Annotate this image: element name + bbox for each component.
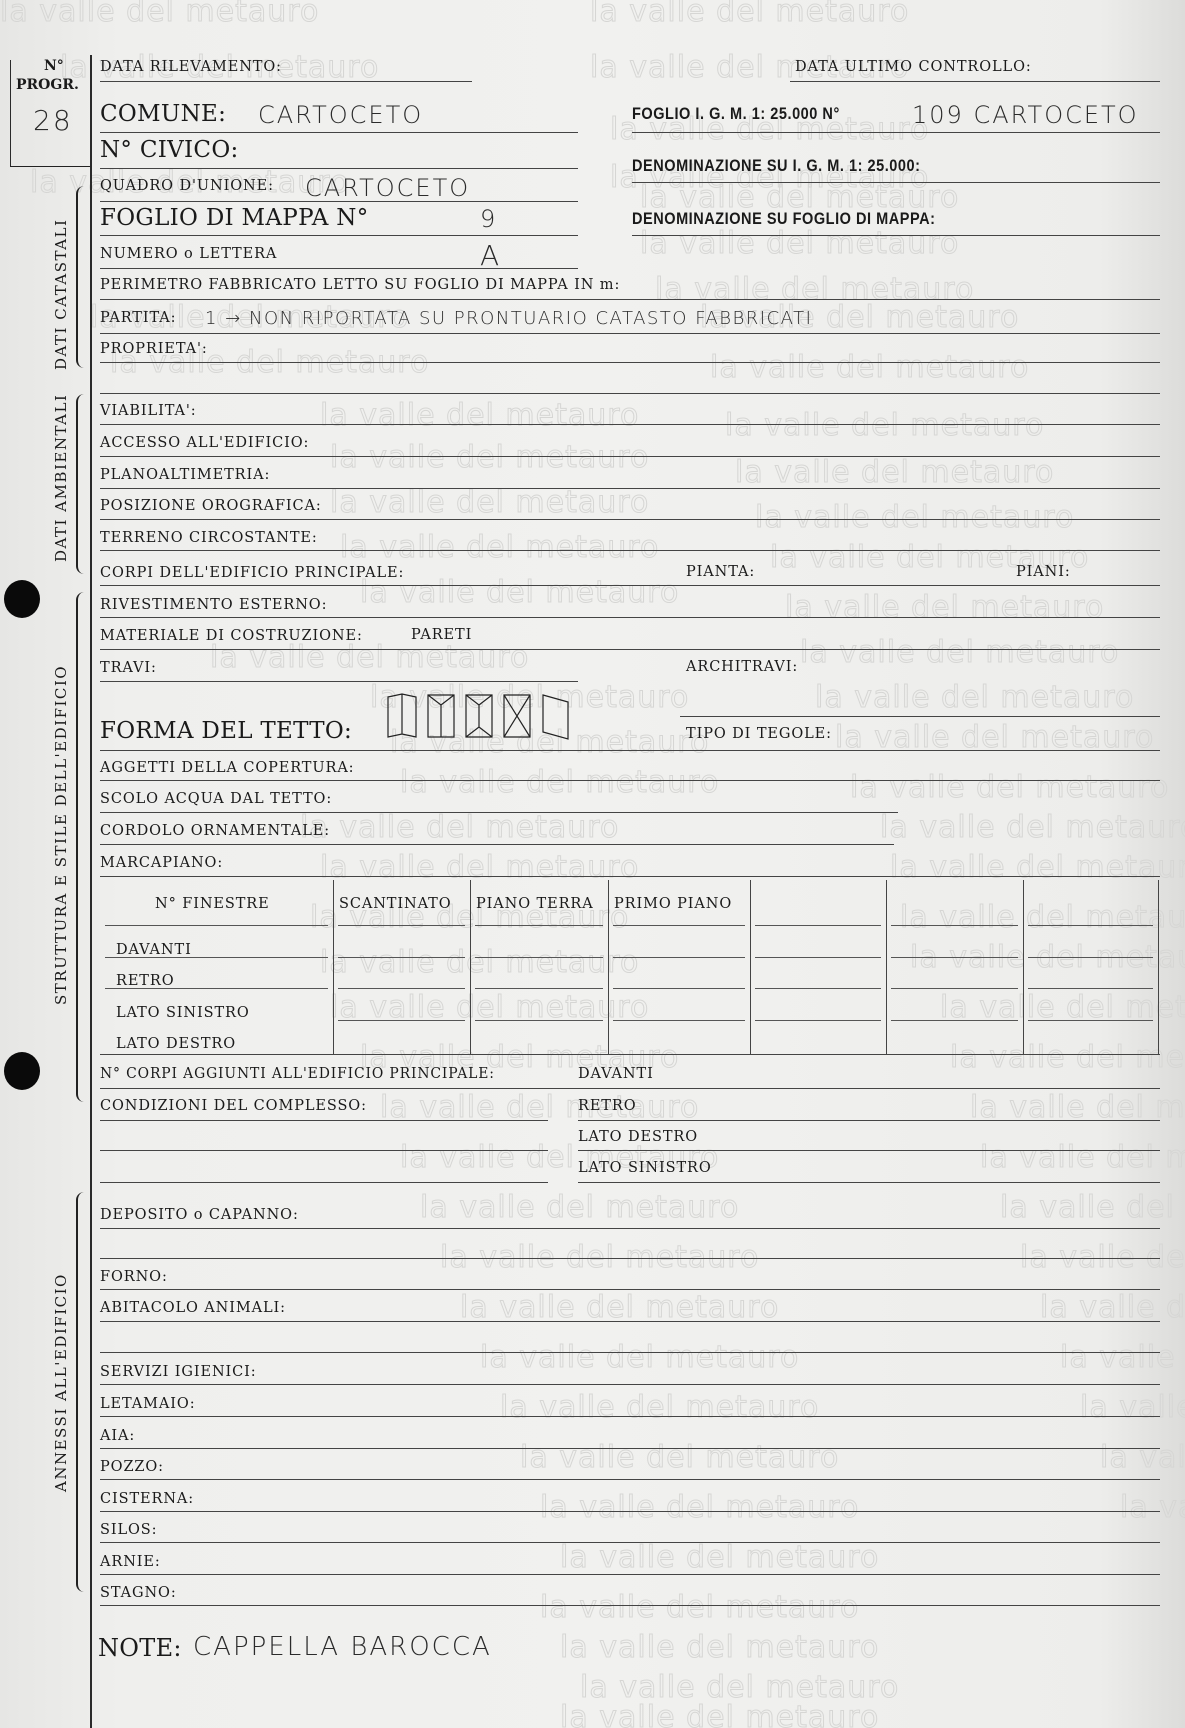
perimetro-field[interactable] (100, 299, 1160, 300)
foglio-mappa-label: FOGLIO DI MAPPA N° (100, 205, 369, 231)
shed-roof-icon[interactable] (543, 695, 568, 739)
watermark-text: la valle del metauro (900, 900, 1185, 935)
corpi-retro-field[interactable] (578, 1120, 1160, 1121)
architravi-field[interactable] (680, 716, 1160, 717)
civico-label: N° CIVICO: (100, 137, 239, 163)
silos-field[interactable] (100, 1542, 1160, 1543)
watermark-text: la valle del metauro (560, 1630, 879, 1665)
watermark-text: la valle del metauro (520, 1440, 839, 1475)
section-label-struttura: STRUTTURA E STILE DELL'EDIFICIO (52, 665, 70, 1005)
table-cell-field[interactable] (891, 988, 1018, 989)
table-column-divider (333, 880, 334, 1054)
pozzo-field[interactable] (100, 1479, 1160, 1480)
foglio-igm-label: FOGLIO I. G. M. 1: 25.000 N° (632, 105, 840, 124)
watermark-text: la valle del metauro (800, 635, 1119, 670)
table-cell-field[interactable] (755, 957, 881, 958)
progr-box-left (10, 60, 11, 167)
viabilita-label: VIABILITA': (100, 403, 197, 419)
watermark-text: la valle del metauro (755, 500, 1074, 535)
watermark-text: la valle del metauro (210, 640, 529, 675)
watermark-text: la valle del metauro (330, 440, 649, 475)
watermark-text: la valle del metauro (1120, 1490, 1185, 1525)
forma-tetto-field (100, 750, 1160, 751)
watermark-text: la valle del metauro (340, 530, 659, 565)
form-sheet: la valle del metaurola valle del metauro… (0, 0, 1185, 1728)
scolo-field[interactable] (100, 812, 898, 813)
note-label: NOTE: (98, 1634, 182, 1662)
watermark-text: la valle del metauro (360, 575, 679, 610)
brace-ambientali (76, 394, 86, 574)
data-rilevamento-field[interactable] (100, 81, 472, 82)
watermark-text: la valle del metauro (330, 485, 649, 520)
data-ultimo-controllo-label: DATA ULTIMO CONTROLLO: (795, 59, 1032, 75)
table-cell-field[interactable] (755, 1020, 881, 1021)
materiale-label: MATERIALE DI COSTRUZIONE: (100, 628, 363, 644)
letamaio-field[interactable] (100, 1416, 1160, 1417)
table-column-header: PRIMO PIANO (614, 896, 732, 912)
watermark-text: la valle del metauro (320, 850, 639, 885)
watermark-text: la valle del metauro (880, 810, 1185, 845)
table-cell-field[interactable] (613, 957, 745, 958)
corpi-lato-sinistro-label: LATO SINISTRO (578, 1160, 712, 1176)
marcapiano-label: MARCAPIANO: (100, 855, 223, 871)
partita-field (100, 333, 1160, 334)
foglio-mappa-value[interactable]: 9 (480, 205, 497, 233)
table-cell-field[interactable] (613, 1020, 745, 1021)
table-column-divider (750, 880, 751, 1054)
accesso-field[interactable] (100, 456, 1160, 457)
section-label-annessi: ANNESSI ALL'EDIFICIO (52, 1273, 70, 1492)
watermark-text: la valle del metauro (0, 0, 319, 29)
watermark-text: la valle del metauro (320, 945, 639, 980)
servizi-field[interactable] (100, 1384, 1160, 1385)
cisterna-label: CISTERNA: (100, 1491, 194, 1507)
pareti-label: PARETI (411, 627, 472, 643)
corpi-aggiunti-label: N° CORPI AGGIUNTI ALL'EDIFICIO PRINCIPAL… (100, 1066, 495, 1082)
data-rilevamento-label: DATA RILEVAMENTO: (100, 59, 282, 75)
watermark-text: la valle del metauro (1060, 1340, 1185, 1375)
watermark-text: la valle del metauro (540, 1590, 859, 1625)
table-cell-field[interactable] (613, 925, 745, 926)
data-ultimo-controllo-field[interactable] (790, 81, 1160, 82)
silos-label: SILOS: (100, 1522, 157, 1538)
watermark-text: la valle del metauro (815, 680, 1134, 715)
table-cell-field[interactable] (755, 988, 881, 989)
section-label-ambientali: DATI AMBIENTALI (52, 394, 70, 562)
table-row-divider (105, 957, 328, 958)
table-cell-field[interactable] (891, 1020, 1018, 1021)
deposito-field-2[interactable] (100, 1258, 1160, 1259)
table-row-label: LATO SINISTRO (116, 1005, 250, 1021)
table-cell-field[interactable] (613, 988, 745, 989)
table-cell-field[interactable] (1028, 925, 1153, 926)
binder-hole (4, 1052, 40, 1090)
pozzo-label: POZZO: (100, 1459, 164, 1475)
civico-field[interactable] (100, 168, 578, 169)
hip-roof-icon[interactable] (428, 695, 454, 737)
table-cell-field[interactable] (338, 957, 465, 958)
watermark-text: la valle del metauro (460, 1290, 779, 1325)
table-bottom-border (100, 1054, 1160, 1055)
progr-n-label: N° (44, 58, 64, 74)
stagno-label: STAGNO: (100, 1585, 177, 1601)
foglio-mappa-field (100, 235, 578, 236)
corpi-lato-destro-field[interactable] (578, 1150, 1160, 1151)
progr-box-bottom (10, 166, 90, 167)
corpi-field[interactable] (100, 585, 1160, 586)
table-cell-field[interactable] (1028, 957, 1153, 958)
table-cell-field[interactable] (1028, 1020, 1153, 1021)
table-column-header: SCANTINATO (339, 896, 452, 912)
accesso-label: ACCESSO ALL'EDIFICIO: (100, 435, 309, 451)
aggetti-field[interactable] (100, 780, 1160, 781)
foglio-igm-field (632, 132, 1160, 133)
comune-value[interactable]: CARTOCETO (258, 101, 423, 129)
table-cell-field[interactable] (755, 925, 881, 926)
architravi-label: ARCHITRAVI: (686, 659, 798, 675)
corpi-label: CORPI DELL'EDIFICIO PRINCIPALE: (100, 565, 404, 581)
watermark-text: la valle del metauro (480, 1340, 799, 1375)
corpi-retro-label: RETRO (578, 1098, 636, 1114)
servizi-label: SERVIZI IGIENICI: (100, 1364, 257, 1380)
cordolo-label: CORDOLO ORNAMENTALE: (100, 823, 330, 839)
progr-label: PROGR. (16, 77, 79, 93)
letamaio-label: LETAMAIO: (100, 1396, 195, 1412)
table-row-label: DAVANTI (116, 942, 192, 958)
table-cell-field[interactable] (1028, 988, 1153, 989)
roof-shape-options (386, 693, 596, 741)
table-cell-field[interactable] (338, 925, 465, 926)
watermark-text: la valle del metauro (950, 1040, 1185, 1075)
foglio-igm-value[interactable]: 109 CARTOCETO (912, 101, 1139, 129)
brace-annessi (76, 1192, 86, 1592)
watermark-text: la valle del metauro (560, 1700, 879, 1728)
condizioni-field-2[interactable] (100, 1150, 548, 1151)
tipo-tegole-label: TIPO DI TEGOLE: (686, 726, 832, 742)
aia-field[interactable] (100, 1448, 1160, 1449)
materiale-field[interactable] (100, 649, 1160, 650)
table-cell-field[interactable] (475, 988, 603, 989)
deposito-field[interactable] (100, 1228, 1160, 1229)
planoaltimetria-label: PLANOALTIMETRIA: (100, 467, 270, 483)
arnie-label: ARNIE: (100, 1554, 161, 1570)
watermark-text: la valle del metauro (1000, 1190, 1185, 1225)
watermark-text: la valle del metauro (850, 770, 1169, 805)
proprieta-label: PROPRIETA': (100, 341, 208, 357)
numero-lettera-field (100, 268, 578, 269)
terreno-field[interactable] (100, 550, 1160, 551)
brace-catastali (76, 186, 86, 368)
watermark-text: la valle del metauro (590, 0, 909, 29)
table-column-divider (1158, 880, 1159, 1054)
proprieta-field-2[interactable] (100, 393, 1160, 394)
perimetro-label: PERIMETRO FABBRICATO LETTO SU FOGLIO DI … (100, 277, 620, 293)
proprieta-field[interactable] (100, 362, 1160, 363)
watermark-text: la valle del metauro (735, 455, 1054, 490)
partita-value[interactable]: 1 → NON RIPORTATA SU PRONTUARIO CATASTO … (205, 308, 812, 329)
travi-label: TRAVI: (100, 660, 157, 676)
posizione-label: POSIZIONE OROGRAFICA: (100, 498, 322, 514)
table-cell-field[interactable] (338, 988, 465, 989)
planoaltimetria-field[interactable] (100, 488, 1160, 489)
brace-struttura (76, 592, 86, 1102)
watermark-text: la valle del metauro (560, 1540, 879, 1575)
table-column-header: N° FINESTRE (155, 896, 270, 912)
watermark-text: la valle del metauro (300, 810, 619, 845)
viabilita-field[interactable] (100, 424, 1160, 425)
quadro-label: QUADRO D'UNIONE: (100, 178, 274, 194)
table-cell-field[interactable] (475, 925, 603, 926)
watermark-text: la valle del metauro (725, 408, 1044, 443)
piani-label: PIANI: (1016, 564, 1071, 580)
corpi-davanti-field[interactable] (100, 1088, 1160, 1089)
aia-label: AIA: (100, 1428, 135, 1444)
forno-label: FORNO: (100, 1269, 168, 1285)
watermark-text: la valle del metauro (785, 590, 1104, 625)
watermark-text: la valle del metauro (980, 1140, 1185, 1175)
watermark-text: la valle del metauro (1080, 1390, 1185, 1425)
note-value[interactable]: CAPPELLA BAROCCA (193, 1632, 492, 1662)
cross-hip-roof-icon[interactable] (504, 695, 530, 737)
watermark-text: la valle del metauro (890, 850, 1185, 885)
watermark-text: la valle del metauro (400, 765, 719, 800)
quadro-value[interactable]: CARTOCETO (305, 174, 470, 202)
abitacolo-label: ABITACOLO ANIMALI: (100, 1300, 286, 1316)
section-label-catastali: DATI CATASTALI (52, 219, 70, 370)
cisterna-field[interactable] (100, 1511, 1160, 1512)
rivestimento-label: RIVESTIMENTO ESTERNO: (100, 597, 327, 613)
rivestimento-field[interactable] (100, 617, 1160, 618)
arnie-field[interactable] (100, 1574, 1160, 1575)
denominazione-mappa-field[interactable] (632, 235, 1160, 236)
watermark-text: la valle del metauro (710, 350, 1029, 385)
comune-label: COMUNE: (100, 101, 226, 127)
marcapiano-field[interactable] (100, 876, 1160, 877)
pianta-label: PIANTA: (686, 564, 755, 580)
watermark-text: la valle del metauro (640, 226, 959, 261)
table-column-divider (886, 880, 887, 1054)
corpi-lato-destro-label: LATO DESTRO (578, 1129, 698, 1145)
partita-label: PARTITA: (100, 310, 176, 326)
pavilion-roof-icon[interactable] (466, 695, 492, 737)
cordolo-field[interactable] (100, 844, 894, 845)
watermark-text: la valle del metauro (420, 1190, 739, 1225)
table-row-label: RETRO (116, 973, 174, 989)
aggetti-label: AGGETTI DELLA COPERTURA: (100, 760, 354, 776)
gable-roof-icon[interactable] (388, 694, 416, 737)
table-cell-field[interactable] (891, 957, 1018, 958)
abitacolo-field-2[interactable] (100, 1352, 1160, 1353)
table-row-divider (105, 988, 328, 989)
corpi-lato-sinistro-field[interactable] (578, 1182, 1160, 1183)
form-left-border (90, 55, 92, 1728)
posizione-field[interactable] (100, 519, 1160, 520)
forno-field[interactable] (100, 1289, 1160, 1290)
table-row-divider (105, 925, 328, 926)
terreno-label: TERRENO CIRCOSTANTE: (100, 530, 318, 546)
corpi-davanti-label: DAVANTI (578, 1066, 654, 1082)
quadro-field (100, 201, 578, 202)
abitacolo-field[interactable] (100, 1321, 1160, 1322)
condizioni-field-3[interactable] (100, 1182, 548, 1183)
watermark-text: la valle del metauro (320, 398, 639, 433)
table-column-divider (1023, 880, 1024, 1054)
denominazione-igm-field[interactable] (632, 182, 1160, 183)
comune-field (100, 132, 578, 133)
denominazione-igm-label: DENOMINAZIONE SU I. G. M. 1: 25.000: (632, 157, 920, 176)
travi-field[interactable] (100, 681, 578, 682)
watermark-text: la valle del metauro (1040, 1290, 1185, 1325)
table-column-divider (608, 880, 609, 1054)
condizioni-field[interactable] (100, 1120, 548, 1121)
watermark-text: la valle del metauro (580, 1670, 899, 1705)
condizioni-label: CONDIZIONI DEL COMPLESSO: (100, 1098, 367, 1114)
watermark-text: la valle del metauro (500, 1390, 819, 1425)
progr-value[interactable]: 28 (33, 104, 73, 137)
scolo-label: SCOLO ACQUA DAL TETTO: (100, 791, 332, 807)
table-cell-field[interactable] (891, 925, 1018, 926)
numero-lettera-label: NUMERO o LETTERA (100, 246, 277, 262)
table-column-header: PIANO TERRA (476, 896, 594, 912)
binder-hole (4, 580, 40, 618)
forma-tetto-label: FORMA DEL TETTO: (100, 718, 352, 744)
denominazione-mappa-label: DENOMINAZIONE SU FOGLIO DI MAPPA: (632, 210, 936, 229)
watermark-text: la valle del metauro (540, 1490, 859, 1525)
table-cell-field[interactable] (475, 1020, 603, 1021)
table-cell-field[interactable] (475, 957, 603, 958)
table-column-divider (470, 880, 471, 1054)
table-cell-field[interactable] (338, 1020, 465, 1021)
table-row-label: LATO DESTRO (116, 1036, 236, 1052)
stagno-field[interactable] (100, 1605, 1160, 1606)
deposito-label: DEPOSITO o CAPANNO: (100, 1207, 299, 1223)
watermark-text: la valle del metauro (1100, 1440, 1185, 1475)
watermark-text: la valle del metauro (655, 272, 974, 307)
